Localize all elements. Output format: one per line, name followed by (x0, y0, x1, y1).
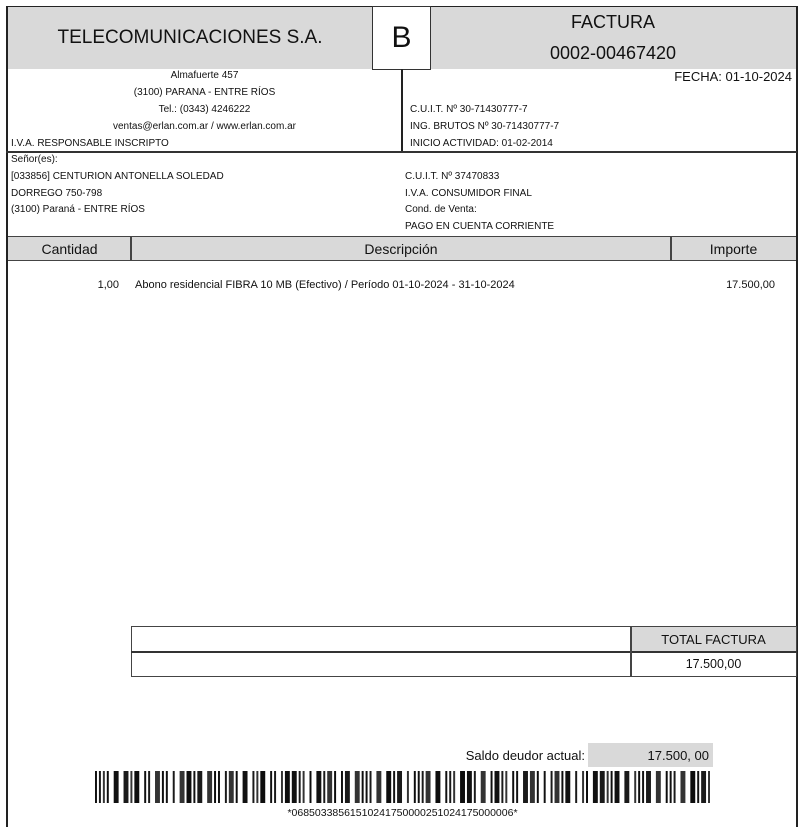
customer-city: (3100) Paraná - ENTRE RÍOS (11, 204, 145, 215)
issuer-ing-brutos: ING. BRUTOS Nº 30-71430777-7 (410, 121, 559, 132)
company-name: TELECOMUNICACIONES S.A. (58, 27, 323, 49)
issuer-phone: Tel.: (0343) 4246222 (8, 104, 401, 115)
issuer-address: Almafuerte 457 (8, 70, 401, 81)
customer-cuit: C.U.I.T. Nº 37470833 (405, 171, 499, 182)
doc-title: FACTURA (430, 12, 796, 33)
issuer-inicio-actividad: INICIO ACTIVIDAD: 01-02-2014 (410, 138, 553, 149)
barcode-image (95, 771, 710, 803)
totals-column-divider (630, 626, 632, 677)
item-cantidad: 1,00 (60, 279, 119, 291)
header-vertical-divider (401, 69, 403, 152)
invoice-number: 0002-00467420 (430, 43, 796, 64)
issuer-city: (3100) PARANA - ENTRE RÍOS (8, 87, 401, 98)
customer-address: DORREGO 750-798 (11, 188, 102, 199)
balance-label: Saldo deudor actual: (440, 743, 585, 767)
customer-iva-condition: I.V.A. CONSUMIDOR FINAL (405, 188, 532, 199)
issuer-contact: ventas@erlan.com.ar / www.erlan.com.ar (8, 121, 401, 132)
totals-row-divider (131, 651, 797, 653)
total-value: 17.500,00 (631, 652, 796, 675)
column-header-descripcion: Descripción (131, 236, 671, 261)
column-label: Descripción (364, 241, 437, 257)
column-divider (130, 236, 132, 261)
company-name-band: TELECOMUNICACIONES S.A. (8, 7, 372, 69)
customer-label: Señor(es): (11, 154, 58, 165)
cond-venta-value: PAGO EN CUENTA CORRIENTE (405, 221, 554, 232)
item-importe: 17.500,00 (660, 279, 775, 291)
column-label: Importe (710, 241, 757, 257)
balance-value: 17.500, 00 (588, 743, 713, 767)
cond-venta-label: Cond. de Venta: (405, 204, 477, 215)
column-header-importe: Importe (671, 236, 796, 261)
barcode-text: *06850338561510241750000251024175000006* (95, 807, 710, 819)
invoice-date: FECHA: 01-10-2024 (600, 69, 792, 84)
issuer-cuit: C.U.I.T. Nº 30-71430777-7 (410, 104, 528, 115)
frame-right-border (796, 6, 798, 827)
invoice-letter-box: B (372, 6, 431, 70)
issuer-section-divider (6, 151, 797, 153)
column-divider (670, 236, 672, 261)
issuer-iva-condition: I.V.A. RESPONSABLE INSCRIPTO (11, 138, 169, 149)
total-label: TOTAL FACTURA (631, 627, 796, 651)
customer-name: [033856] CENTURION ANTONELLA SOLEDAD (11, 171, 224, 182)
item-descripcion: Abono residencial FIBRA 10 MB (Efectivo)… (135, 279, 515, 291)
column-header-cantidad: Cantidad (8, 236, 131, 261)
column-label: Cantidad (41, 241, 97, 257)
invoice-letter: B (391, 21, 411, 55)
